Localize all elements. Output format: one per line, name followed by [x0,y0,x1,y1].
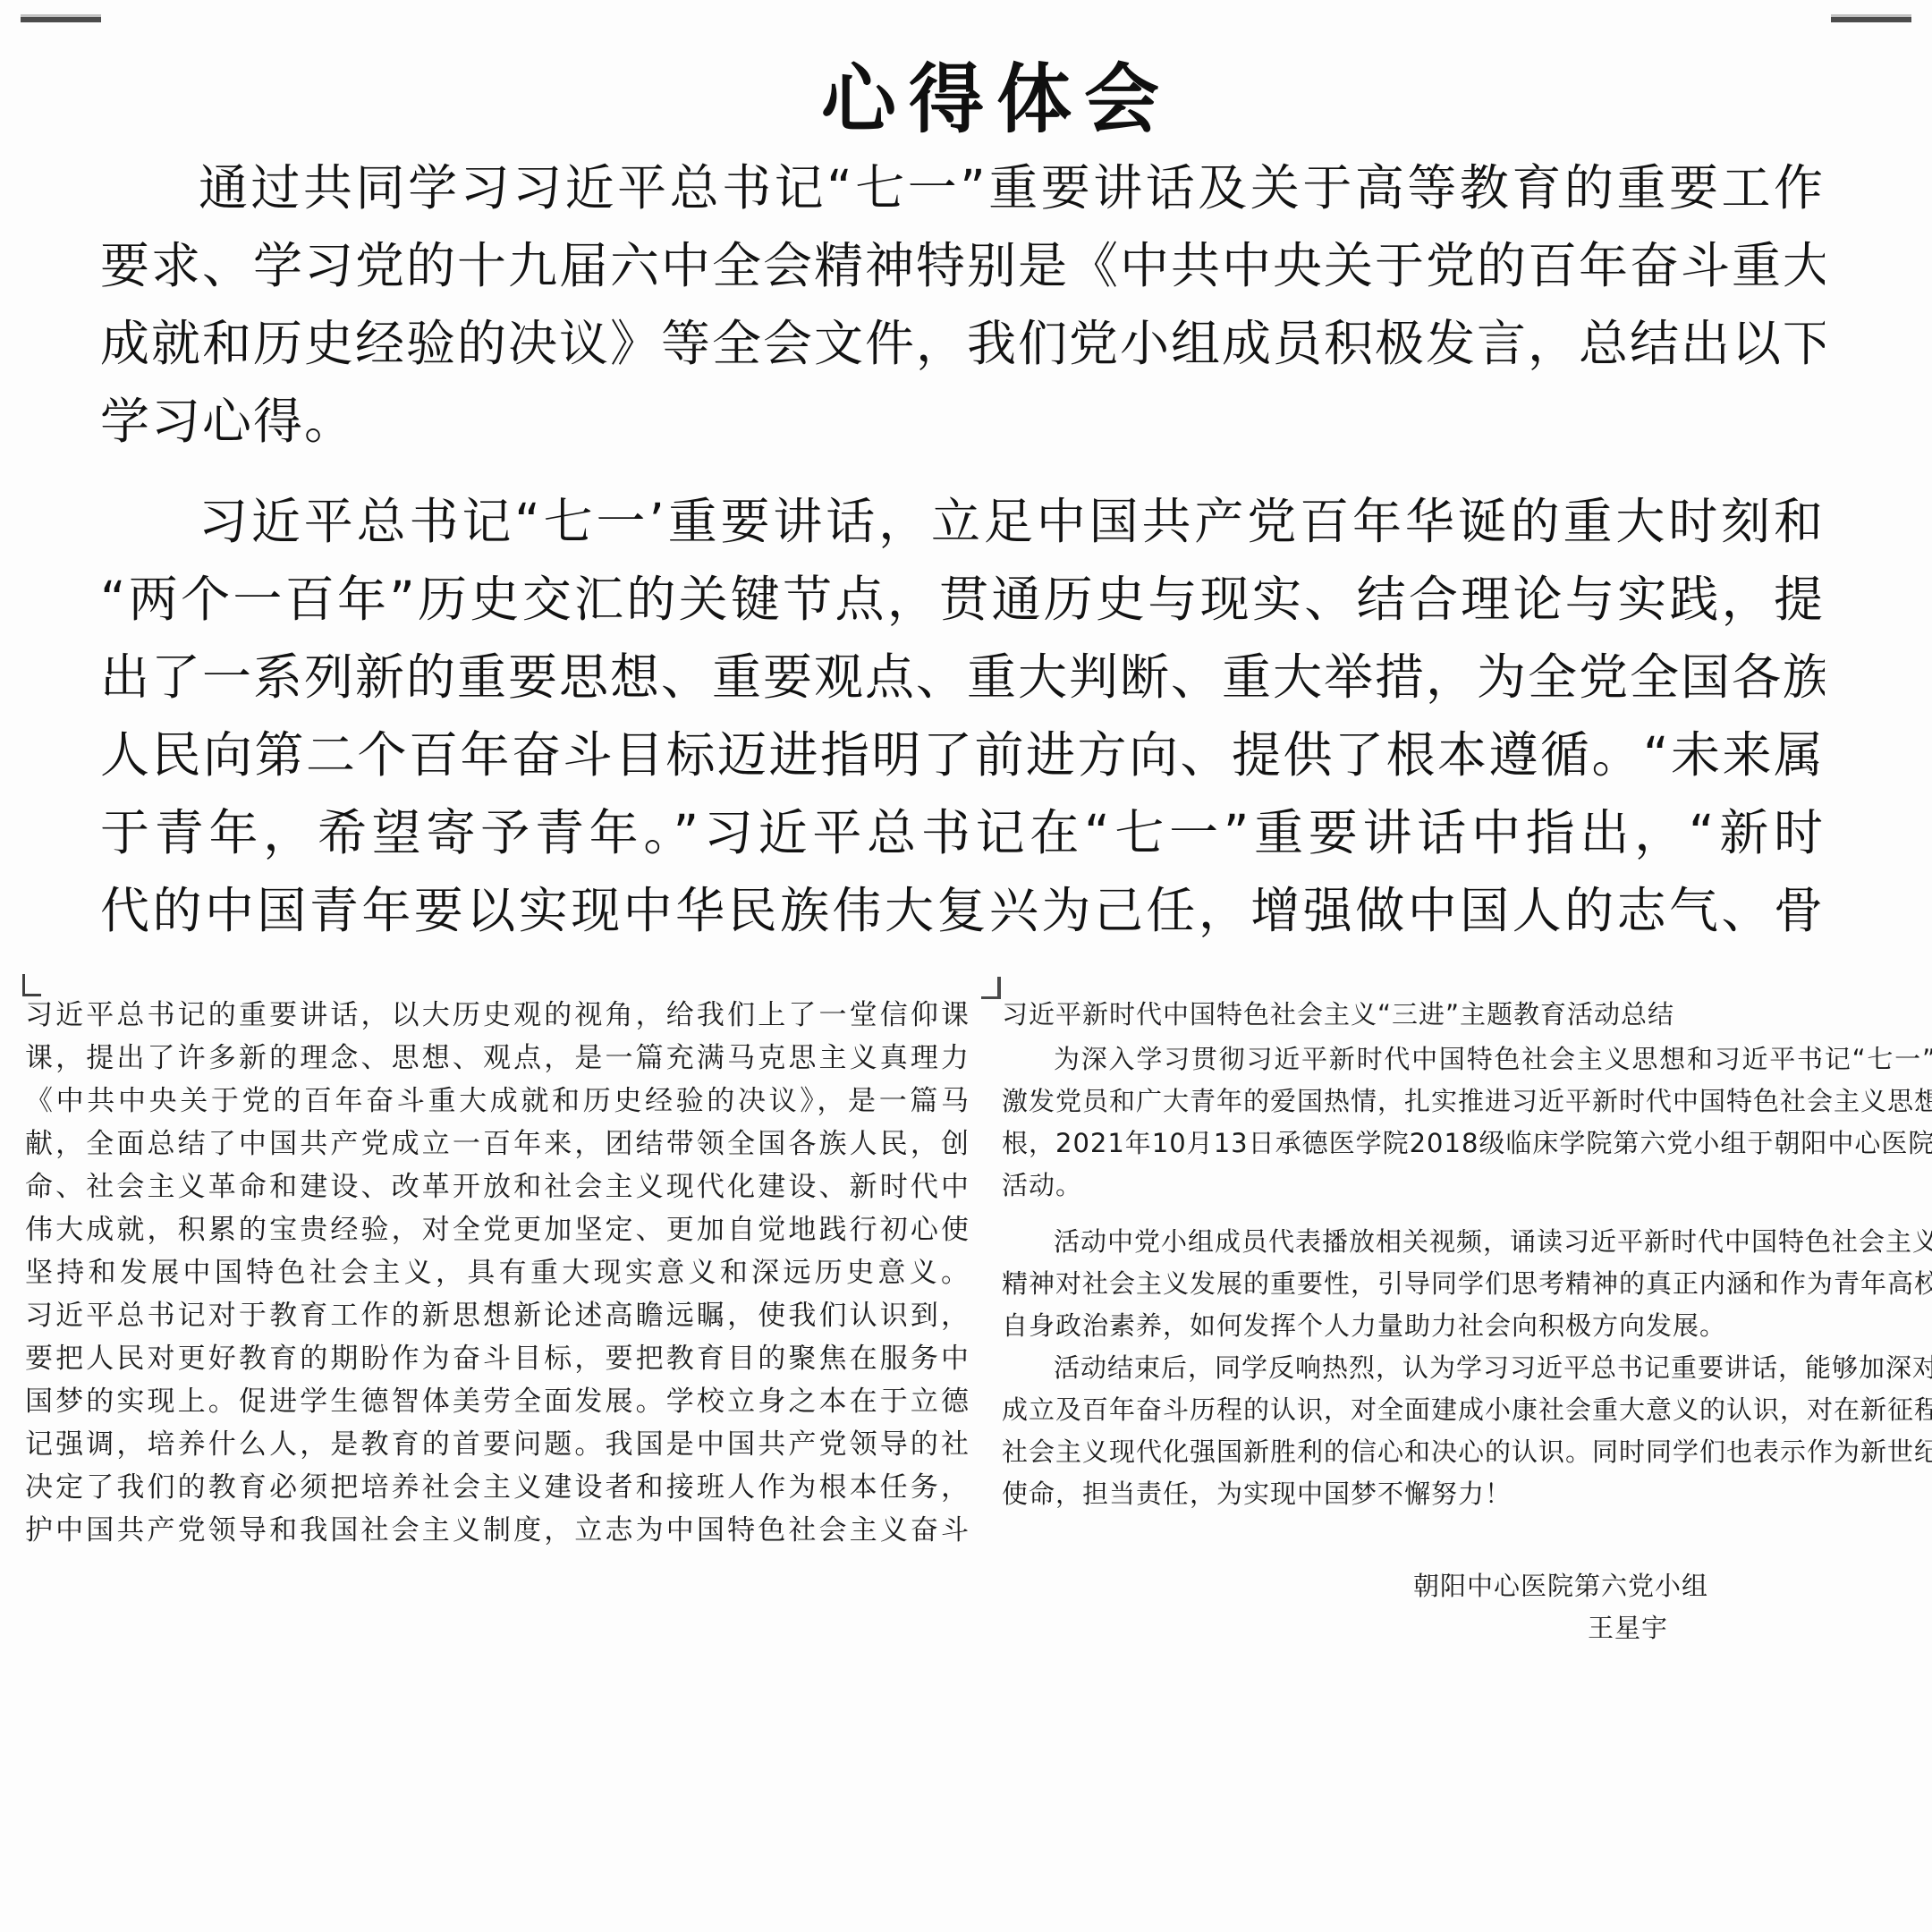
text-line: 人民向第二个百年奋斗目标迈进指明了前进方向、提供了根本遵循。“未来属 [100,716,1825,794]
text-line: 于青年，希望寄予青年。”习近平总书记在“七一”重要讲话中指出，“新时 [100,794,1825,872]
right-column-paragraph-2: 活动中党小组成员代表播放相关视频，诵读习近平新时代中国特色社会主义精神对社会主义… [1002,1221,1932,1347]
page-title: 心得体会 [0,39,1932,148]
text-line: 成立及百年奋斗历程的认识，对全面建成小康社会重大意义的认识，对在新征程 [1002,1389,1932,1431]
text-line: 要求、学习党的十九届六中全会精神特别是《中共中央关于党的百年奋斗重大 [100,227,1825,305]
text-line: 伟大成就，积累的宝贵经验，对全党更加坚定、更加自觉地践行初心使 [25,1208,970,1251]
signature-block: 朝阳中心医院第六党小组 王星宇 [1002,1565,1932,1649]
right-column-paragraph-3: 活动结束后，同学反响热烈，认为学习习近平总书记重要讲话，能够加深对成立及百年奋斗… [1002,1347,1932,1515]
left-column-text: 习近平总书记的重要讲话，以大历史观的视角，给我们上了一堂信仰课课，提出了许多新的… [25,994,970,1552]
text-line: 使命，担当责任，为实现中国梦不懈努力！ [1002,1473,1932,1515]
text-line: 通过共同学习习近平总书记“七一”重要讲话及关于高等教育的重要工作 [100,149,1825,227]
text-line: 自身政治素养，如何发挥个人力量助力社会向积极方向发展。 [1002,1305,1932,1347]
document-page: 心得体会 通过共同学习习近平总书记“七一”重要讲话及关于高等教育的重要工作要求、… [0,0,1932,1932]
corner-bracket-right-icon [981,977,1001,999]
right-column-paragraph-1: 为深入学习贯彻习近平新时代中国特色社会主义思想和习近平书记“七一”激发党员和广大… [1002,1038,1932,1207]
main-paragraph-2: 习近平总书记“七一’重要讲话，立足中国共产党百年华诞的重大时刻和“两个一百年”历… [100,483,1825,950]
right-column: 习近平新时代中国特色社会主义“三进”主题教育活动总结 为深入学习贯彻习近平新时代… [1002,994,1932,1649]
signature-group: 朝阳中心医院第六党小组 [1002,1565,1708,1607]
text-line: 护中国共产党领导和我国社会主义制度，立志为中国特色社会主义奋斗 [25,1509,970,1552]
text-line: 命、社会主义革命和建设、改革开放和社会主义现代化建设、新时代中 [25,1165,970,1208]
text-line: 要把人民对更好教育的期盼作为奋斗目标，要把教育目的聚焦在服务中 [25,1337,970,1380]
text-line: 为深入学习贯彻习近平新时代中国特色社会主义思想和习近平书记“七一” [1002,1038,1932,1080]
text-line: 活动。 [1002,1165,1932,1207]
text-line: 习近平总书记对于教育工作的新思想新论述高瞻远瞩，使我们认识到， [25,1294,970,1337]
text-line: 献，全面总结了中国共产党成立一百年来，团结带领全国各族人民，创 [25,1123,970,1165]
text-line: 精神对社会主义发展的重要性，引导同学们思考精神的真正内涵和作为青年高校 [1002,1263,1932,1305]
text-line: 国梦的实现上。促进学生德智体美劳全面发展。学校立身之本在于立德 [25,1380,970,1423]
text-line: 坚持和发展中国特色社会主义，具有重大现实意义和深远历史意义。 [25,1251,970,1294]
text-line: 代的中国青年要以实现中华民族伟大复兴为己任，增强做中国人的志气、骨 [100,872,1825,950]
crop-mark-top-left-icon [21,17,101,22]
text-line: 记强调，培养什么人，是教育的首要问题。我国是中国共产党领导的社 [25,1423,970,1466]
text-line: 决定了我们的教育必须把培养社会主义建设者和接班人作为根本任务， [25,1466,970,1509]
text-line: 课，提出了许多新的理念、思想、观点，是一篇充满马克思主义真理力 [25,1037,970,1080]
text-line: 学习心得。 [100,383,1825,461]
text-line: “两个一百年”历史交汇的关键节点，贯通历史与现实、结合理论与实践，提 [100,561,1825,639]
signature-name: 王星宇 [1002,1607,1668,1649]
text-line: 活动结束后，同学反响热烈，认为学习习近平总书记重要讲话，能够加深对 [1002,1347,1932,1389]
text-line: 《中共中央关于党的百年奋斗重大成就和历史经验的决议》，是一篇马 [25,1080,970,1123]
main-paragraph-1: 通过共同学习习近平总书记“七一”重要讲话及关于高等教育的重要工作要求、学习党的十… [100,149,1825,461]
text-line: 根，2021年10月13日承德医学院2018级临床学院第六党小组于朝阳中心医院面… [1002,1123,1932,1165]
text-line: 习近平总书记的重要讲话，以大历史观的视角，给我们上了一堂信仰课 [25,994,970,1037]
text-line: 激发党员和广大青年的爱国热情，扎实推进习近平新时代中国特色社会主义思想 [1002,1080,1932,1123]
text-line: 成就和历史经验的决议》等全会文件，我们党小组成员积极发言，总结出以下 [100,305,1825,383]
text-line: 习近平总书记“七一’重要讲话，立足中国共产党百年华诞的重大时刻和 [100,483,1825,561]
text-line: 出了一系列新的重要思想、重要观点、重大判断、重大举措，为全党全国各族 [100,639,1825,716]
crop-mark-top-right-icon [1831,17,1911,22]
text-line: 活动中党小组成员代表播放相关视频，诵读习近平新时代中国特色社会主义 [1002,1221,1932,1263]
right-column-title: 习近平新时代中国特色社会主义“三进”主题教育活动总结 [1002,994,1932,1036]
text-line: 社会主义现代化强国新胜利的信心和决心的认识。同时同学们也表示作为新世纪 [1002,1431,1932,1473]
